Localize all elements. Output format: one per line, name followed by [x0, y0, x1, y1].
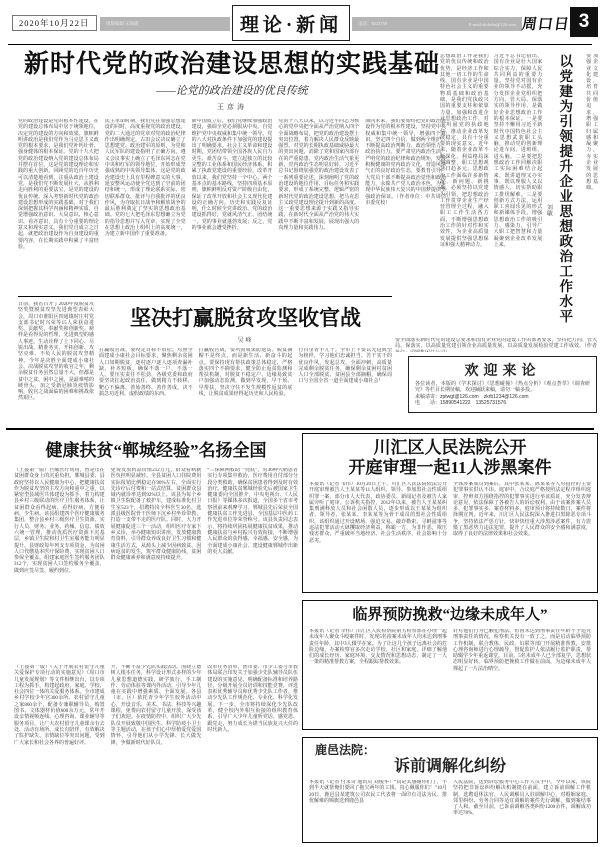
contact-phone: 电话：8223750: [358, 21, 387, 27]
middle-article-body: 打赢收官战，要咬定目标不放松。对照全面建成小康社会目标要求，聚焦剩余贫困人口如期…: [99, 348, 392, 426]
article-column: 全体涉案成员到案后，其中张某某、陈某某等人对指控的主要犯罪事实供认不讳。庭审中，…: [453, 482, 591, 590]
article-column: （上接第一版）《关于开展农村留守儿童关爱保护专项行动的实施意见》《周口市儿童发展…: [14, 665, 105, 841]
article-column: 人民法院，送到诉讼服务中心工作人员手中。今年以来，该院坚持把非诉讼纠纷解决机制挺…: [453, 780, 591, 836]
editor-info-strip: 组版编辑 宋海霞: [100, 17, 230, 31]
health-article-title: 健康扶贫“郸城经验”名扬全国: [14, 436, 298, 461]
right-article-author: 刘敏: [544, 204, 553, 216]
mediation-article-box: 鹿邑法院： 诉前调解化纠纷 本报讯（记者 付永奇 通讯员 刘俊华）“真是太感谢你…: [302, 737, 598, 843]
masthead-title: 理论·新闻: [240, 10, 342, 37]
bottom-left-region: 健康扶贫“郸城经验”名扬全国 （上接第一版）巨额医疗费用，曾是压在贫困群众身上的…: [14, 436, 298, 841]
article-column: 打赢收官战，要咬定目标不放松。对照全面建成小康社会目标要求，聚焦剩余贫困人口如期…: [99, 348, 193, 426]
middle-article-title: 坚决打赢脱贫攻坚收官战: [99, 302, 392, 332]
main-horizontal-rule: [6, 428, 594, 430]
article-column: 日前，我省召开了2020年度脱贫攻坚奖暨脱贫攻坚先进典型表彰大会，周口市淮阳区四…: [18, 302, 94, 426]
article-column: 民主革命时期，我们党在加强思想建设的同时，高度重视党的政治建设。党的二大通过的党…: [105, 119, 186, 287]
article-column: 习近平总书记指出，国有企业是壮大国家综合实力、保障人民共同利益的重要力量。坚持党…: [494, 54, 543, 334]
page-number-badge: 3: [570, 7, 598, 37]
contact-strip: 电话：8223750 E-mail:zkrbzbs@126.com: [352, 17, 522, 31]
health-article-body: （上接第一版）巨额医疗费用，曾是压在贫困群众身上的沉重负担。郸城县委、县政府坚持…: [14, 468, 298, 656]
continued-article-body: （上接第一版）《关于开展农村留守儿童关爱保护专项行动的实施意见》《周口市儿童发展…: [14, 665, 298, 841]
middle-article: 日前，我省召开了2020年度脱贫攻坚奖暨脱贫攻坚先进典型表彰大会，周口市淮阳区四…: [18, 302, 392, 426]
right-article-title-block: 以党建为引领提升企业思想政治工作水平 刘敏: [547, 54, 581, 334]
contact-email: E-mail:zkrbzbs@126.com: [469, 22, 516, 27]
right-article-title: 以党建为引领提升企业思想政治工作水平: [554, 54, 574, 334]
court-article-title-line2: 开庭审理一起11人涉黑案件: [309, 458, 591, 478]
main-article-title: 新时代党的政治建设思想的实践基础: [18, 50, 446, 80]
mediation-article-title-line2: 诉前调解化纠纷: [309, 758, 591, 776]
section-divider: [18, 296, 392, 297]
court-article-box: 川汇区人民法院公开 开庭审理一起11人涉黑案件 本报讯（记者 韦伟）10月20日…: [302, 433, 598, 593]
court-article-body: 本报讯（记者 韦伟）10月20日上午，川汇区人民法院依法公开开庭审理被告人王某某…: [309, 482, 591, 590]
welcome-box-body: 各位读者，本版的《学术探讨》《思想碰撞》《热点分析》《观点荟萃》《调查研究》等栏…: [415, 382, 590, 394]
right-article: 思想政治工作是我们党的优良传统和政治优势，是经济工作和其他一切工作的生命线。国有…: [440, 54, 598, 334]
editor-info: 组版编辑 宋海霞: [106, 21, 139, 27]
article-column: 打赢收官战，要巩固成果防返贫。脱贫摘帽不是终点，而是新生活、新奋斗的起点。要保持…: [199, 348, 293, 426]
mediation-article-body: 本报讯（记者 付永奇 通讯员 刘俊华）“真是太感谢你们了，不到半天就帮俺们要回了…: [309, 780, 591, 836]
article-column: 思想政治工作是我们党的优良传统和政治优势，是经济工作和其他一切工作的生命线。国有…: [440, 54, 489, 334]
article-column: 升，不断丰富少先队实践活动。围绕立德树人根本任务，科学设计形式多样的少年儿童思想…: [111, 665, 202, 841]
page-date: 2020年10月22日: [12, 15, 97, 31]
article-column: 免费发放药品价值212万元，群众看病就医负担明显减轻。全县贫困人口住院费用实际报…: [111, 468, 202, 656]
main-article-author: 王彦涛: [18, 102, 446, 112]
welcome-contributions-box: 欢迎来论 各位读者，本版的《学术探讨》《思想碰撞》《热点分析》《观点荟萃》《调查…: [408, 356, 597, 413]
article-column: （上接第一版）巨额医疗费用，曾是压在贫困群众身上的沉重负担。郸城县委、县政府坚持…: [14, 468, 105, 656]
article-column: “三保障两救助一兜底”，对36种大病患者实行专项集中救治，医疗费用自付部分分段分…: [207, 468, 298, 656]
article-column: 针对他们行为已触犯刑法、但因未达到刑事责任年龄不予追究刑事责任的情况，检察机关没…: [453, 629, 591, 725]
article-column: 要加强企业文化建设，培育共同价值追求，增强职工归属感和凝聚力，夯实企业发展的思想…: [586, 54, 598, 334]
main-article-body: 党的政治建设是党的根本性建设，在党的建设总体布局中居于统领地位，决定党的建设的方…: [18, 119, 446, 287]
article-column: 改革任务清单，团市委、市少工委与市教体局联合印发关于加强少先队辅导员队伍建设的实…: [207, 665, 298, 841]
main-article: 新时代党的政治建设思想的实践基础 ——论党的政治建设的优良传统 王彦涛 党的政治…: [18, 50, 446, 287]
article-column: 本报讯（记者 付永奇 通讯员 刘俊华）“真是太感谢你们了，不到半天就帮俺们要回了…: [309, 780, 447, 836]
welcome-box-phone: 电 话：15890541222 13525731576: [415, 400, 590, 406]
article-column: 党的十八大以来，以习近平同志为核心的党中央把全面从严治党纳入四个全面战略布局，把…: [278, 119, 359, 287]
article-column: 行百里者半九十。全市上下要以先进典型为榜样，学习他们忠诚担当、苦干实干的优良作风…: [298, 348, 392, 426]
section-masthead: 理论·新闻: [232, 5, 350, 41]
bottom-right-region: 川汇区人民法院公开 开庭审理一起11人涉黑案件 本报讯（记者 韦伟）10月20日…: [302, 433, 598, 843]
middle-article-right: 坚决打赢脱贫攻坚收官战 吴峰 打赢收官战，要咬定目标不放松。对照全面建成小康社会…: [99, 302, 392, 426]
main-article-subtitle: ——论党的政治建设的优良传统: [18, 82, 446, 98]
mediation-article-title-line1: 鹿邑法院：: [309, 742, 591, 758]
welcome-box-title: 欢迎来论: [415, 360, 590, 380]
article-column: 新中国成立后，我们党继续加强政治建设，强调全党必须服从中央，自觉维护党中央权威和…: [192, 119, 273, 287]
article-column: 党的政治建设是党的根本性建设，在党的建设总体布局中居于统领地位，决定党的建设的方…: [18, 119, 99, 287]
article-column: 本报讯（记者 韦伟）10月20日上午，川汇区人民法院依法公开开庭审理被告人王某某…: [309, 482, 447, 590]
middle-article-author: 吴峰: [99, 335, 392, 344]
prevention-article-box: 临界预防挽救“边缘未成年人” 本报讯（记者 李伟）川汇区人民检察院第五检察部在办…: [302, 600, 598, 730]
newspaper-page: 2020年10月22日 组版编辑 宋海霞 理论·新闻 电话：8223750 E-…: [0, 0, 600, 847]
court-article-title-line1: 川汇区人民法院公开: [309, 438, 591, 458]
article-column: 本报讯（记者 李伟）川汇区人民检察院第五检察部在办理一起未成年人聚众斗殴案件时，…: [309, 629, 447, 725]
right-article-closing: 要全面落实新时代党的建设总要求和国有企业党的建设工作的部署要求，坚持把方向、管大…: [395, 338, 597, 352]
prevention-article-title: 临界预防挽救“边缘未成年人”: [309, 605, 591, 625]
header-divider: [8, 44, 592, 45]
prevention-article-body: 本报讯（记者 李伟）川汇区人民检察院第五检察部在办理一起未成年人聚众斗殴案件时，…: [309, 629, 591, 725]
article-column: 面向未来，我们要始终把党的政治建设作为党的根本性建设，坚持党中央权威和集中统一领…: [365, 119, 446, 287]
